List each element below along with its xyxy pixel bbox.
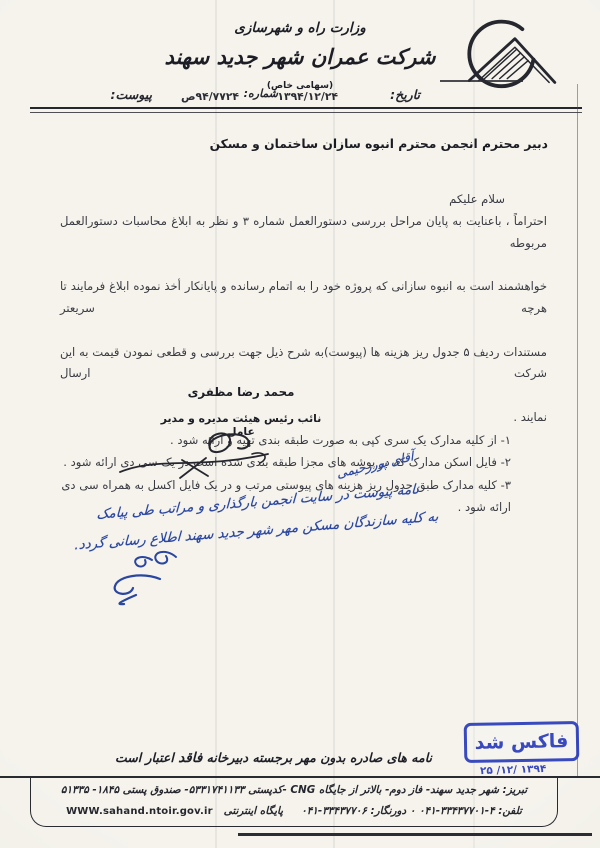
footer-contact-box: تبریز: شهر جدید سهند- فاز دوم- بالاتر از… — [30, 777, 558, 827]
recipient-line: دبیر محترم انجمن محترم انبوه سازان ساختم… — [210, 137, 548, 151]
ministry-name: وزارت راه و شهرسازی — [150, 20, 450, 36]
header-divider-segment — [440, 80, 523, 82]
body-line: خواهشمند است به انبوه سازانی که پروژه خو… — [60, 276, 547, 341]
handwritten-signature — [112, 426, 282, 484]
company-logo — [454, 14, 572, 90]
company-name: شرکت عمران شهر جدید سهند (سهامی خاص) — [150, 45, 450, 93]
salutation: سلام علیکم — [60, 189, 547, 211]
signature-scribble-icon — [112, 426, 282, 484]
fax-stamp-text: فاکس شد — [474, 730, 568, 754]
handwritten-initial-icon — [102, 545, 197, 607]
letterhead: وزارت راه و شهرسازی شرکت عمران شهر جدید … — [150, 20, 450, 93]
footer-contact-line: تلفن: ۴-۳۳۴۳۷۷۰۱-۰۴۱ ۰ دورنگار: ۳۳۴۳۷۷۰۶… — [31, 801, 557, 822]
mountain-circle-logo-icon — [454, 14, 572, 90]
header-rule — [30, 107, 582, 113]
footer-web-label: پایگاه اینترنتی — [224, 805, 283, 817]
footer-web-url: WWW.sahand.ntoir.gov.ir — [66, 806, 213, 817]
validity-disclaimer: نامه های صادره بدون مهر برجسته دبیرخانه … — [115, 750, 432, 766]
date-value: ۱۳۹۴/۱۲/۲۴ — [277, 90, 338, 103]
body-line: احتراماً ، باعنایت به پایان مراحل بررسی … — [60, 211, 547, 276]
page-edge-line — [577, 84, 578, 776]
date-label: تاریخ: — [390, 87, 420, 102]
handwritten-mark — [102, 545, 197, 607]
number-value: ۹۴/۷۷۲۴ص — [181, 90, 239, 103]
fax-stamp: فاکس شد — [464, 721, 580, 763]
bottom-rule — [238, 833, 592, 836]
number-label: شماره: — [244, 87, 278, 100]
signatory-name: محمد رضا مظفری — [146, 385, 336, 399]
scanned-letter-page: وزارت راه و شهرسازی شرکت عمران شهر جدید … — [0, 0, 600, 848]
attachment-label: پیوست: — [111, 87, 152, 102]
footer-phone-fax: تلفن: ۴-۳۳۴۳۷۷۰۱-۰۴۱ ۰ دورنگار: ۳۳۴۳۷۷۰۶… — [301, 805, 522, 817]
disclaimer-emphasis: فاقد — [178, 750, 202, 766]
footer-address: تبریز: شهر جدید سهند- فاز دوم- بالاتر از… — [31, 780, 557, 801]
fax-stamp-date: ۱۳۹۴ /۱۲/ ۲۵ — [480, 763, 547, 777]
